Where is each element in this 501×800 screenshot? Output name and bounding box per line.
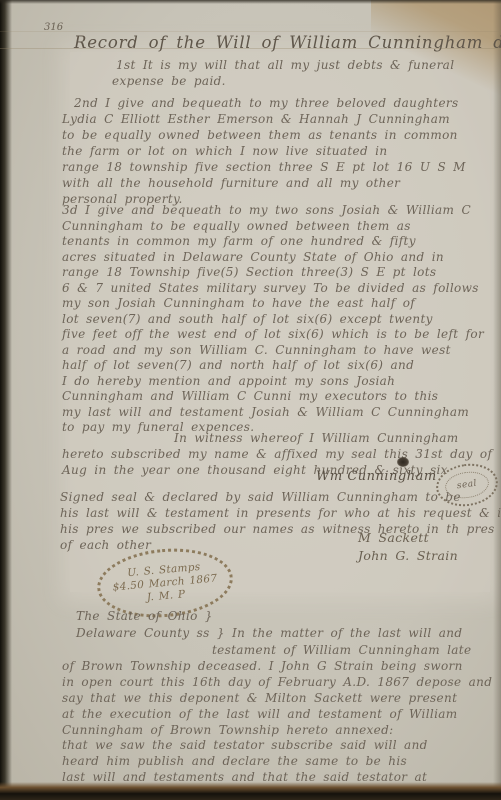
clause-first-debts: 1st It is my will that all my just debts…: [112, 57, 454, 89]
page-top-edge: [0, 0, 501, 4]
text-line: with all the household furniture and all…: [62, 175, 466, 191]
text-line: range 18 Township five(5) Section three(…: [62, 265, 484, 281]
text-line: to be equally owned between them as tena…: [62, 127, 466, 143]
text-line: Cunningham to be equally owned between t…: [62, 219, 484, 235]
text-line: testament of William Cunningham late: [62, 643, 492, 659]
text-line: In witness whereof I William Cunningham: [62, 430, 492, 446]
text-line: 1st It is my will that all my just debts…: [112, 57, 454, 73]
text-line: five feet off the west end of lot six(6)…: [62, 327, 484, 343]
ruled-line: [0, 31, 501, 32]
probate-statement: testament of William Cunningham late of …: [62, 643, 492, 786]
text-line: 3d I give and bequeath to my two sons Jo…: [62, 203, 484, 219]
text-line: Signed seal & declared by said William C…: [60, 489, 501, 505]
text-line: the farm or lot on which I now live situ…: [62, 143, 466, 159]
binding-edge: [0, 0, 12, 800]
text-line: Lydia C Elliott Esther Emerson & Hannah …: [62, 111, 466, 127]
clause-third-sons: 3d I give and bequeath to my two sons Jo…: [62, 203, 484, 436]
text-line: at the execution of the last will and te…: [62, 707, 492, 723]
text-line: expense be paid.: [112, 73, 454, 89]
witness-signatures: M Sackett John G. Strain: [358, 529, 458, 565]
text-line: his last will & testament in presents fo…: [60, 505, 501, 521]
text-line: say that we this deponent & Milton Sacke…: [62, 691, 492, 707]
stamp-line: J. M. P: [146, 588, 186, 604]
text-line: 6 & 7 united States military survey To b…: [62, 281, 484, 297]
ledger-page: 316 Record of the Will of William Cunnin…: [0, 0, 501, 800]
text-line: range 18 township five section three S E…: [62, 159, 466, 175]
text-line: last will and testaments and that the sa…: [62, 770, 492, 786]
witness-signature-sackett: M Sackett: [358, 529, 458, 547]
page-right-edge: [493, 0, 501, 800]
ink-blot: [397, 457, 409, 467]
text-line: my son Josiah Cunningham to have the eas…: [62, 296, 484, 312]
text-line: my last will and testament Josiah & Will…: [62, 405, 484, 421]
probate-heading: The State of Ohio } Delaware County ss }…: [76, 608, 462, 642]
testator-signature: Wm Cunningham: [316, 469, 437, 484]
text-line: 2nd I give and bequeath to my three belo…: [62, 95, 466, 111]
text-line: in open court this 16th day of February …: [62, 675, 492, 691]
page-number: 316: [44, 22, 63, 33]
text-line: acres situated in Delaware County State …: [62, 250, 484, 266]
witness-signature-strain: John G. Strain: [358, 547, 458, 565]
text-line: Cunningham of Brown Township hereto anne…: [62, 723, 492, 739]
text-line: of Brown Township deceased. I John G Str…: [62, 659, 492, 675]
text-line: hereto subscribed my name & affixed my s…: [62, 446, 492, 462]
page-title: Record of the Will of William Cunningham…: [74, 33, 501, 52]
text-line: The State of Ohio }: [76, 608, 462, 625]
text-line: tenants in common my farm of one hundred…: [62, 234, 484, 250]
text-line: heard him publish and declare the same t…: [62, 754, 492, 770]
text-line: Delaware County ss } In the matter of th…: [76, 625, 462, 642]
text-line: that we saw the said testator subscribe …: [62, 738, 492, 754]
text-line: Cunningham and William C Cunni my execut…: [62, 389, 484, 405]
text-line: I do hereby mention and appoint my sons …: [62, 374, 484, 390]
text-line: a road and my son William C. Cunningham …: [62, 343, 484, 359]
text-line: half of lot seven(7) and north half of l…: [62, 358, 484, 374]
clause-second-daughters: 2nd I give and bequeath to my three belo…: [62, 95, 466, 207]
text-line: lot seven(7) and south half of lot six(6…: [62, 312, 484, 328]
